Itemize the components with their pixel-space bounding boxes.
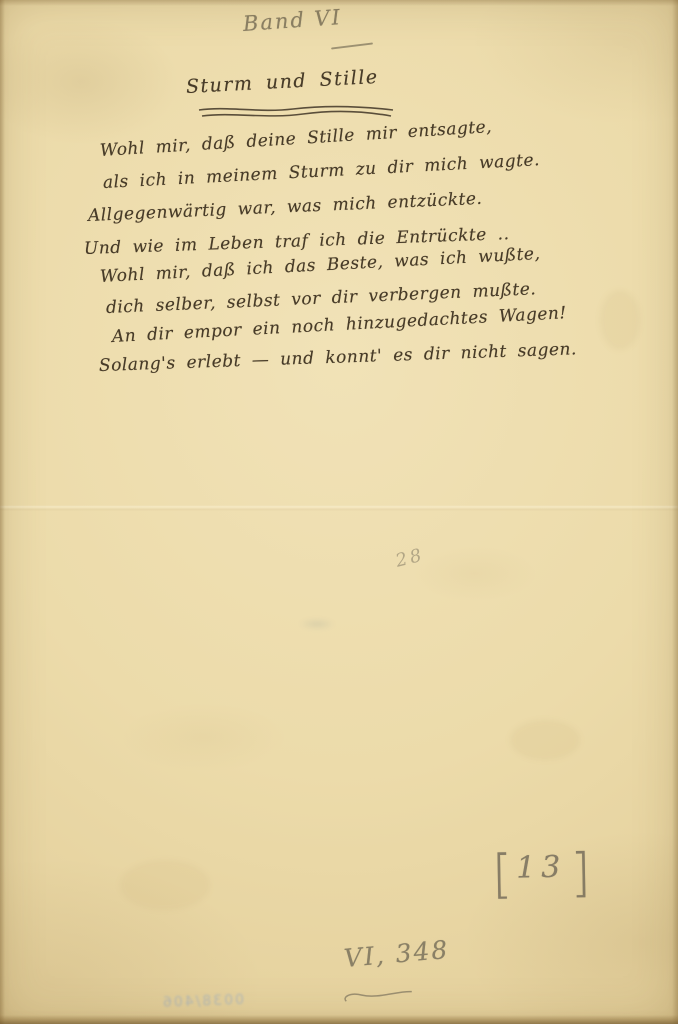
title-underline	[197, 104, 395, 126]
fold-crease	[0, 506, 678, 510]
scan-edge-right	[672, 0, 678, 1024]
manuscript-page: Band VI Sturm und Stille Wohl mir, daß d…	[0, 0, 678, 1024]
folio-number: [13]	[491, 843, 591, 905]
faint-pencil-mark: 28	[393, 544, 426, 571]
poem-line: Solang's erlebt — und konnt' es dir nich…	[99, 339, 578, 376]
scan-edge-left	[0, 0, 5, 1024]
folio-bracket-close: ]	[570, 843, 591, 903]
volume-page-reference: VI, 348	[343, 935, 451, 973]
stamp-showthrough: 0038/406	[161, 992, 245, 1011]
foxing-stain	[120, 860, 210, 910]
poem-line: Allgegenwärtig war, was mich entzückte.	[88, 189, 483, 226]
foxing-stain	[600, 290, 640, 350]
volume-label: Band	[242, 8, 306, 36]
foxing-stain	[510, 720, 580, 760]
scan-edge-bottom	[0, 1015, 678, 1024]
volume-numeral-underline	[331, 42, 373, 49]
folio-bracket-open: [	[491, 845, 512, 905]
volume-numeral: VI	[314, 5, 343, 31]
scan-edge-top	[0, 0, 678, 6]
reference-underline	[339, 983, 416, 1008]
volume-annotation: Band VI	[242, 5, 343, 36]
page-title: Sturm und Stille	[185, 66, 379, 98]
folio-digits: 13	[512, 850, 571, 886]
showthrough-smudge	[293, 616, 341, 632]
